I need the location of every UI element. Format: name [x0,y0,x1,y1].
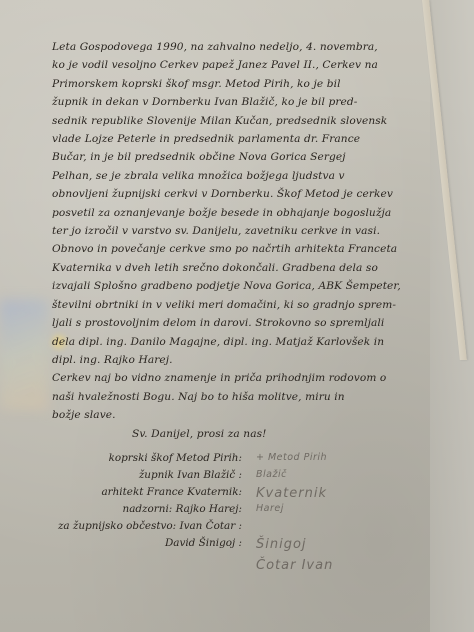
signature-row: arhitekt France Kvaternik: Kvaternik [60,486,390,503]
signature-row: Čotar Ivan [60,554,390,576]
signature-row: David Šinigoj : Šinigoj [60,537,390,554]
signature-row: za župnijsko občestvo: Ivan Čotar : [60,520,390,537]
text-line: Obnovo in povečanje cerkve smo po načrti… [52,240,422,258]
signature-row: župnik Ivan Blažič : Blažič [60,469,390,486]
signature-row: koprski škof Metod Pirih: + Metod Pirih [60,452,390,469]
text-line: ko je vodil vesoljno Cerkev papež Janez … [52,56,422,74]
handwritten-signature: Blažič [256,469,287,480]
text-line: Leta Gospodovega 1990, na zahvalno nedel… [52,38,422,56]
handwritten-signature: Harej [256,503,284,514]
text-line: dela dipl. ing. Danilo Magajne, dipl. in… [52,333,422,351]
charter-text: Leta Gospodovega 1990, na zahvalno nedel… [52,38,422,443]
signatory-role: župnik Ivan Blažič : [139,469,242,481]
text-line: dipl. ing. Rajko Harej. [52,351,422,369]
text-line: Kvaternika v dveh letih srečno dokončali… [52,259,422,277]
invocation: Sv. Danijel, prosi za nas! [52,425,422,443]
signatory-role: za župnijsko občestvo: Ivan Čotar : [58,520,242,532]
text-line: božje slave. [52,406,422,424]
text-line: župnik in dekan v Dornberku Ivan Blažič,… [52,93,422,111]
light-reflection [0,300,48,410]
handwritten-signature: Čotar Ivan [256,558,333,573]
text-line: Pelhan, se je zbrala velika množica božj… [52,167,422,185]
text-line: Bučar, in je bil predsednik občine Nova … [52,148,422,166]
signatory-role: arhitekt France Kvaternik: [101,486,242,498]
signature-row: nadzorni: Rajko Harej: Harej [60,503,390,520]
text-line: številni obrtniki in v veliki meri domač… [52,296,422,314]
text-line: naši hvaležnosti Bogu. Naj bo to hiša mo… [52,388,422,406]
signatory-role: David Šinigoj : [165,537,242,549]
text-line: vlade Lojze Peterle in predsednik parlam… [52,130,422,148]
handwritten-signature: + Metod Pirih [256,452,327,463]
handwritten-signature: Kvaternik [256,486,327,501]
text-line: sednik republike Slovenije Milan Kučan, … [52,112,422,130]
text-line: ter jo izročil v varstvo sv. Danijelu, z… [52,222,422,240]
signatory-role: nadzorni: Rajko Harej: [123,503,242,515]
text-line: izvajali Splošno gradbeno podjetje Nova … [52,277,422,295]
text-line: posvetil za oznanjevanje božje besede in… [52,204,422,222]
text-line: obnovljeni župnijski cerkvi v Dornberku.… [52,185,422,203]
text-line: ljali s prostovoljnim delom in darovi. S… [52,314,422,332]
text-line: Cerkev naj bo vidno znamenje in priča pr… [52,369,422,387]
text-line: Primorskem koprski škof msgr. Metod Piri… [52,75,422,93]
signatory-role: koprski škof Metod Pirih: [109,452,242,464]
handwritten-signature: Šinigoj [256,537,307,552]
signature-block: koprski škof Metod Pirih: + Metod Pirih … [60,452,390,576]
